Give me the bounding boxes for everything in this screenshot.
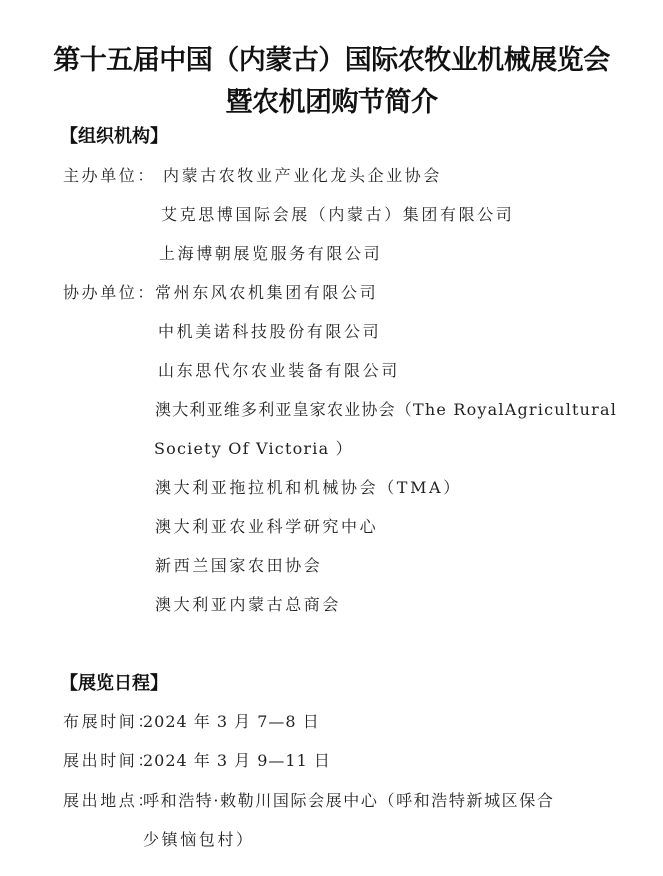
- section-heading-schedule: 【展览日程】: [60, 669, 168, 695]
- co-host-item: 澳大利亚农业科学研究中心: [155, 514, 378, 537]
- co-host-item: 新西兰国家农田协会: [155, 553, 322, 576]
- section-heading-organization: 【组织机构】: [60, 122, 168, 148]
- co-host-item: 澳大利亚拖拉机和机械协会（TMA）: [155, 475, 462, 498]
- co-host-item: 澳大利亚内蒙古总商会: [155, 592, 341, 615]
- document-title-line2: 暨农机团购节简介: [0, 80, 663, 119]
- venue-value-line1: 呼和浩特·敕勒川国际会展中心（呼和浩特新城区保合: [143, 788, 555, 811]
- host-item: 内蒙古农牧业产业化龙头企业协会: [163, 163, 442, 186]
- exhibit-time-value: 2024 年 3 月 9—11 日: [143, 748, 331, 771]
- co-host-item: 山东思代尔农业装备有限公司: [158, 358, 400, 381]
- host-item: 上海博朝展览服务有限公司: [159, 241, 382, 264]
- co-host-item-continued: Society Of Victoria ）: [154, 436, 353, 459]
- setup-time-value: 2024 年 3 月 7—8 日: [143, 709, 320, 732]
- co-hosts-label: 协办单位：: [63, 280, 156, 303]
- co-host-item: 澳大利亚维多利亚皇家农业协会（The RoyalAgricultural: [155, 397, 617, 420]
- co-host-item: 常州东风农机集团有限公司: [155, 280, 378, 303]
- venue-value-line2: 少镇恼包村）: [143, 827, 255, 850]
- host-item: 艾克思博国际会展（内蒙古）集团有限公司: [161, 202, 514, 225]
- hosts-label: 主办单位：: [63, 163, 156, 186]
- document-title-line1: 第十五届中国（内蒙古）国际农牧业机械展览会: [0, 38, 663, 77]
- co-host-item: 中机美诺科技股份有限公司: [158, 319, 381, 342]
